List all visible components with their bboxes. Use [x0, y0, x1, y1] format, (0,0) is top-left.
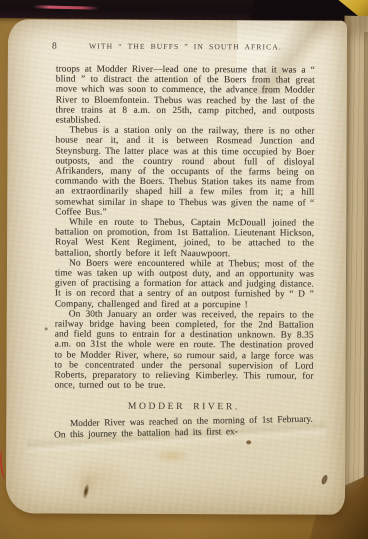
body-paragraph: troops at Modder River—lead one to presu…	[56, 64, 315, 126]
photo-right-shadow	[364, 32, 368, 539]
body-paragraph: Thebus is a station only on the railway,…	[55, 126, 314, 219]
page-header: 8 WITH “ THE BUFFS ” IN SOUTH AFRICA.	[56, 41, 315, 54]
ink-fleck	[45, 327, 48, 330]
running-header: WITH “ THE BUFFS ” IN SOUTH AFRICA.	[56, 41, 315, 51]
foxing-stain	[50, 449, 146, 505]
dark-streak-stain	[81, 482, 90, 500]
body-paragraph: On 30th January an order was received, t…	[54, 309, 313, 392]
edge-stain	[320, 474, 328, 485]
body-paragraph: While en route to Thebus, Captain McDoua…	[55, 218, 314, 260]
yellow-stain	[146, 446, 198, 466]
page-number: 8	[52, 41, 57, 51]
section-paragraph: Modder River was reached on the morning …	[54, 414, 313, 441]
book-page: 8 WITH “ THE BUFFS ” IN SOUTH AFRICA. tr…	[6, 19, 347, 514]
chapter-section: MODDER RIVER. Modder River was reached o…	[54, 400, 313, 442]
body-paragraph: No Boers were encountered while at Thebu…	[55, 258, 314, 310]
section-heading: MODDER RIVER.	[54, 400, 313, 412]
body-text: troops at Modder River—lead one to presu…	[54, 64, 314, 392]
printed-content: 8 WITH “ THE BUFFS ” IN SOUTH AFRICA. tr…	[54, 41, 315, 442]
book-photo: 8 WITH “ THE BUFFS ” IN SOUTH AFRICA. tr…	[0, 0, 368, 539]
